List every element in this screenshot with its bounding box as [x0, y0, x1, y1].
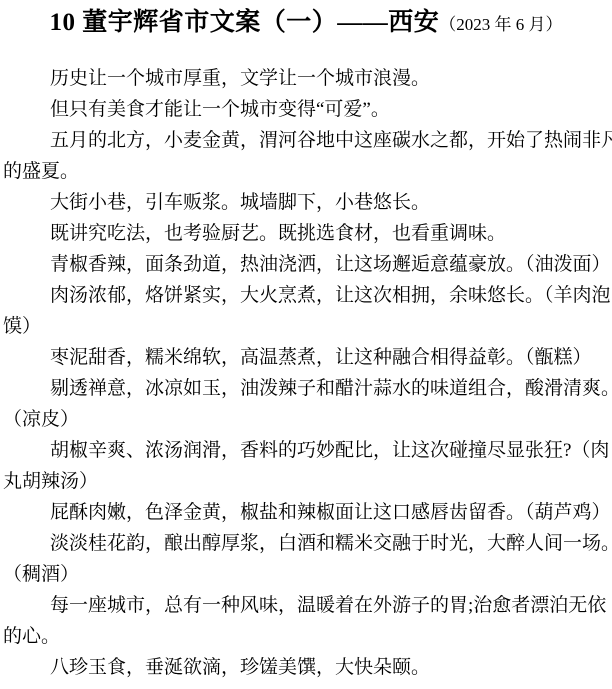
text-line: （稠酒）: [3, 559, 610, 590]
text-line: 枣泥甜香，糯米绵软，高温蒸煮，让这种融合相得益彰。（甑糕）: [3, 342, 610, 373]
text-line: 既讲究吃法，也考验厨艺。既挑选食材，也看重调味。: [3, 218, 610, 249]
document-title: 10 董宇辉省市文案（一）——西安（2023 年 6 月）: [0, 8, 612, 40]
text-line: 八珍玉食，垂涎欲滴，珍馐美馔，大快朵颐。: [3, 652, 610, 683]
text-line: 剔透禅意，冰凉如玉，油泼辣子和醋汁蒜水的味道组合，酸滑清爽。: [3, 373, 610, 404]
title-main: 10 董宇辉省市文案（一）——西安: [49, 9, 439, 36]
text-line: 青椒香辣，面条劲道，热油浇洒，让这场邂逅意蕴豪放。（油泼面）: [3, 249, 610, 280]
text-line: 每一座城市，总有一种风味，温暖着在外游子的胃;治愈者漂泊无依: [3, 590, 610, 621]
text-line: 屁酥肉嫩，色泽金黄，椒盐和辣椒面让这口感唇齿留香。（葫芦鸡）: [3, 497, 610, 528]
text-line: （凉皮）: [3, 404, 610, 435]
text-line: 的心。: [3, 621, 610, 652]
text-line: 胡椒辛爽、浓汤润滑，香料的巧妙配比，让这次碰撞尽显张狂?（肉: [3, 435, 610, 466]
title-date: （2023 年 6 月）: [439, 15, 562, 34]
text-line: 历史让一个城市厚重，文学让一个城市浪漫。: [3, 63, 610, 94]
document-page: 10 董宇辉省市文案（一）——西安（2023 年 6 月） 历史让一个城市厚重，…: [0, 0, 612, 689]
document-body: 历史让一个城市厚重，文学让一个城市浪漫。 但只有美食才能让一个城市变得“可爱”。…: [0, 63, 612, 683]
text-line: 五月的北方，小麦金黄，渭河谷地中这座碳水之都，开始了热闹非凡: [3, 125, 610, 156]
text-line: 馍）: [3, 311, 610, 342]
text-line: 的盛夏。: [3, 156, 610, 187]
text-line: 大街小巷，引车贩浆。城墙脚下，小巷悠长。: [3, 187, 610, 218]
text-line: 但只有美食才能让一个城市变得“可爱”。: [3, 94, 610, 125]
text-line: 肉汤浓郁，烙饼紧实，大火烹煮，让这次相拥，余味悠长。（羊肉泡: [3, 280, 610, 311]
text-line: 淡淡桂花韵，酿出醇厚浆，白酒和糯米交融于时光，大醉人间一场。: [3, 528, 610, 559]
text-line: 丸胡辣汤）: [3, 466, 610, 497]
